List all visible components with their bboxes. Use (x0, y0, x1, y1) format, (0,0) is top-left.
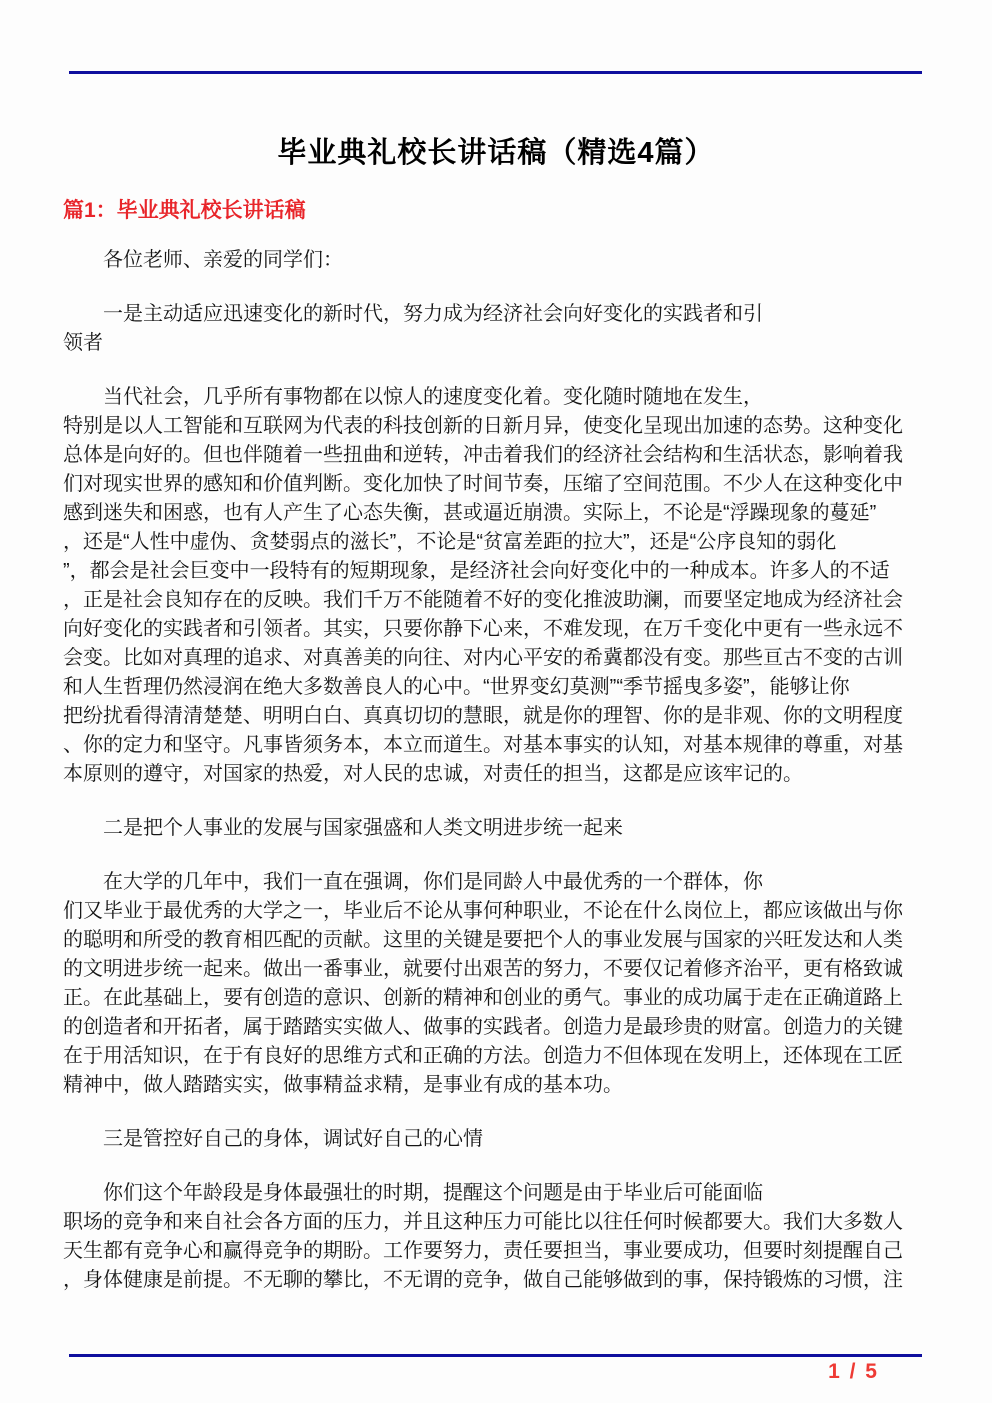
bottom-horizontal-rule (69, 1354, 922, 1357)
text-line: 当代社会，几乎所有事物都在以惊人的速度变化着。变化随时随地在发生， (63, 383, 929, 412)
text-line: 的文明进步统一起来。做出一番事业，就要付出艰苦的努力，不要仅记着修齐治平，更有格… (63, 955, 929, 984)
text-line: 特别是以人工智能和互联网为代表的科技创新的日新月异，使变化呈现出加速的态势。这种… (63, 412, 929, 441)
text-line: 们又毕业于最优秀的大学之一，毕业后不论从事何种职业，不论在什么岗位上，都应该做出… (63, 897, 929, 926)
text-line: 一是主动适应迅速变化的新时代，努力成为经济社会向好变化的实践者和引 (63, 300, 929, 329)
paragraph: 当代社会，几乎所有事物都在以惊人的速度变化着。变化随时随地在发生，特别是以人工智… (63, 383, 929, 789)
text-line: 的聪明和所受的教育相匹配的贡献。这里的关键是要把个人的事业发展与国家的兴旺发达和… (63, 926, 929, 955)
paragraph: 各位老师、亲爱的同学们： (63, 246, 929, 275)
text-line: ”，都会是社会巨变中一段特有的短期现象，是经济社会向好变化中的一种成本。许多人的… (63, 557, 929, 586)
section-heading: 篇1：毕业典礼校长讲话稿 (63, 194, 306, 224)
document-page: 毕业典礼校长讲话稿（精选4篇） 篇1：毕业典礼校长讲话稿 各位老师、亲爱的同学们… (0, 0, 992, 1403)
text-line: 精神中，做人踏踏实实，做事精益求精，是事业有成的基本功。 (63, 1071, 929, 1100)
text-line: 天生都有竞争心和赢得竞争的期盼。工作要努力，责任要担当，事业要成功，但要时刻提醒… (63, 1237, 929, 1266)
text-line: 各位老师、亲爱的同学们： (63, 246, 929, 275)
paragraph: 你们这个年龄段是身体最强壮的时期，提醒这个问题是由于毕业后可能面临职场的竞争和来… (63, 1179, 929, 1295)
text-line: 在于用活知识，在于有良好的思维方式和正确的方法。创造力不但体现在发明上，还体现在… (63, 1042, 929, 1071)
paragraph: 二是把个人事业的发展与国家强盛和人类文明进步统一起来 (63, 814, 929, 843)
text-line: 、你的定力和坚守。凡事皆须务本，本立而道生。对基本事实的认知，对基本规律的尊重，… (63, 731, 929, 760)
text-line: 本原则的遵守，对国家的热爱，对人民的忠诚，对责任的担当，这都是应该牢记的。 (63, 760, 929, 789)
text-line: 把纷扰看得清清楚楚、明明白白、真真切切的慧眼，就是你的理智、你的是非观、你的文明… (63, 702, 929, 731)
text-line: 总体是向好的。但也伴随着一些扭曲和逆转，冲击着我们的经济社会结构和生活状态，影响… (63, 441, 929, 470)
text-line: 和人生哲理仍然浸润在绝大多数善良人的心中。“世界变幻莫测”“季节摇曳多姿”，能够… (63, 673, 929, 702)
text-line: 正。在此基础上，要有创造的意识、创新的精神和创业的勇气。事业的成功属于走在正确道… (63, 984, 929, 1013)
text-line: ，正是社会良知存在的反映。我们千万不能随着不好的变化推波助澜，而要坚定地成为经济… (63, 586, 929, 615)
text-line: 感到迷失和困惑，也有人产生了心态失衡，甚或逼近崩溃。实际上，不论是“浮躁现象的蔓… (63, 499, 929, 528)
top-horizontal-rule (69, 71, 922, 74)
paragraph: 一是主动适应迅速变化的新时代，努力成为经济社会向好变化的实践者和引领者 (63, 300, 929, 358)
text-line: ，还是“人性中虚伪、贪婪弱点的滋长”，不论是“贫富差距的拉大”，还是“公序良知的… (63, 528, 929, 557)
text-line: 向好变化的实践者和引领者。其实，只要你静下心来，不难发现，在万千变化中更有一些永… (63, 615, 929, 644)
paragraph: 在大学的几年中，我们一直在强调，你们是同龄人中最优秀的一个群体，你们又毕业于最优… (63, 868, 929, 1100)
document-title: 毕业典礼校长讲话稿（精选4篇） (0, 130, 992, 171)
text-line: 在大学的几年中，我们一直在强调，你们是同龄人中最优秀的一个群体，你 (63, 868, 929, 897)
paragraph: 三是管控好自己的身体，调试好自己的心情 (63, 1125, 929, 1154)
text-line: ，身体健康是前提。不无聊的攀比，不无谓的竞争，做自己能够做到的事，保持锻炼的习惯… (63, 1266, 929, 1295)
text-line: 们对现实世界的感知和价值判断。变化加快了时间节奏，压缩了空间范围。不少人在这种变… (63, 470, 929, 499)
text-line: 你们这个年龄段是身体最强壮的时期，提醒这个问题是由于毕业后可能面临 (63, 1179, 929, 1208)
text-line: 三是管控好自己的身体，调试好自己的心情 (63, 1125, 929, 1154)
document-body: 各位老师、亲爱的同学们： 一是主动适应迅速变化的新时代，努力成为经济社会向好变化… (63, 246, 929, 1320)
text-line: 会变。比如对真理的追求、对真善美的向往、对内心平安的希冀都没有变。那些亘古不变的… (63, 644, 929, 673)
text-line: 领者 (63, 329, 929, 358)
text-line: 二是把个人事业的发展与国家强盛和人类文明进步统一起来 (63, 814, 929, 843)
text-line: 职场的竞争和来自社会各方面的压力，并且这种压力可能比以往任何时候都要大。我们大多… (63, 1208, 929, 1237)
text-line: 的创造者和开拓者，属于踏踏实实做人、做事的实践者。创造力是最珍贵的财富。创造力的… (63, 1013, 929, 1042)
page-number: 1 / 5 (828, 1360, 879, 1384)
